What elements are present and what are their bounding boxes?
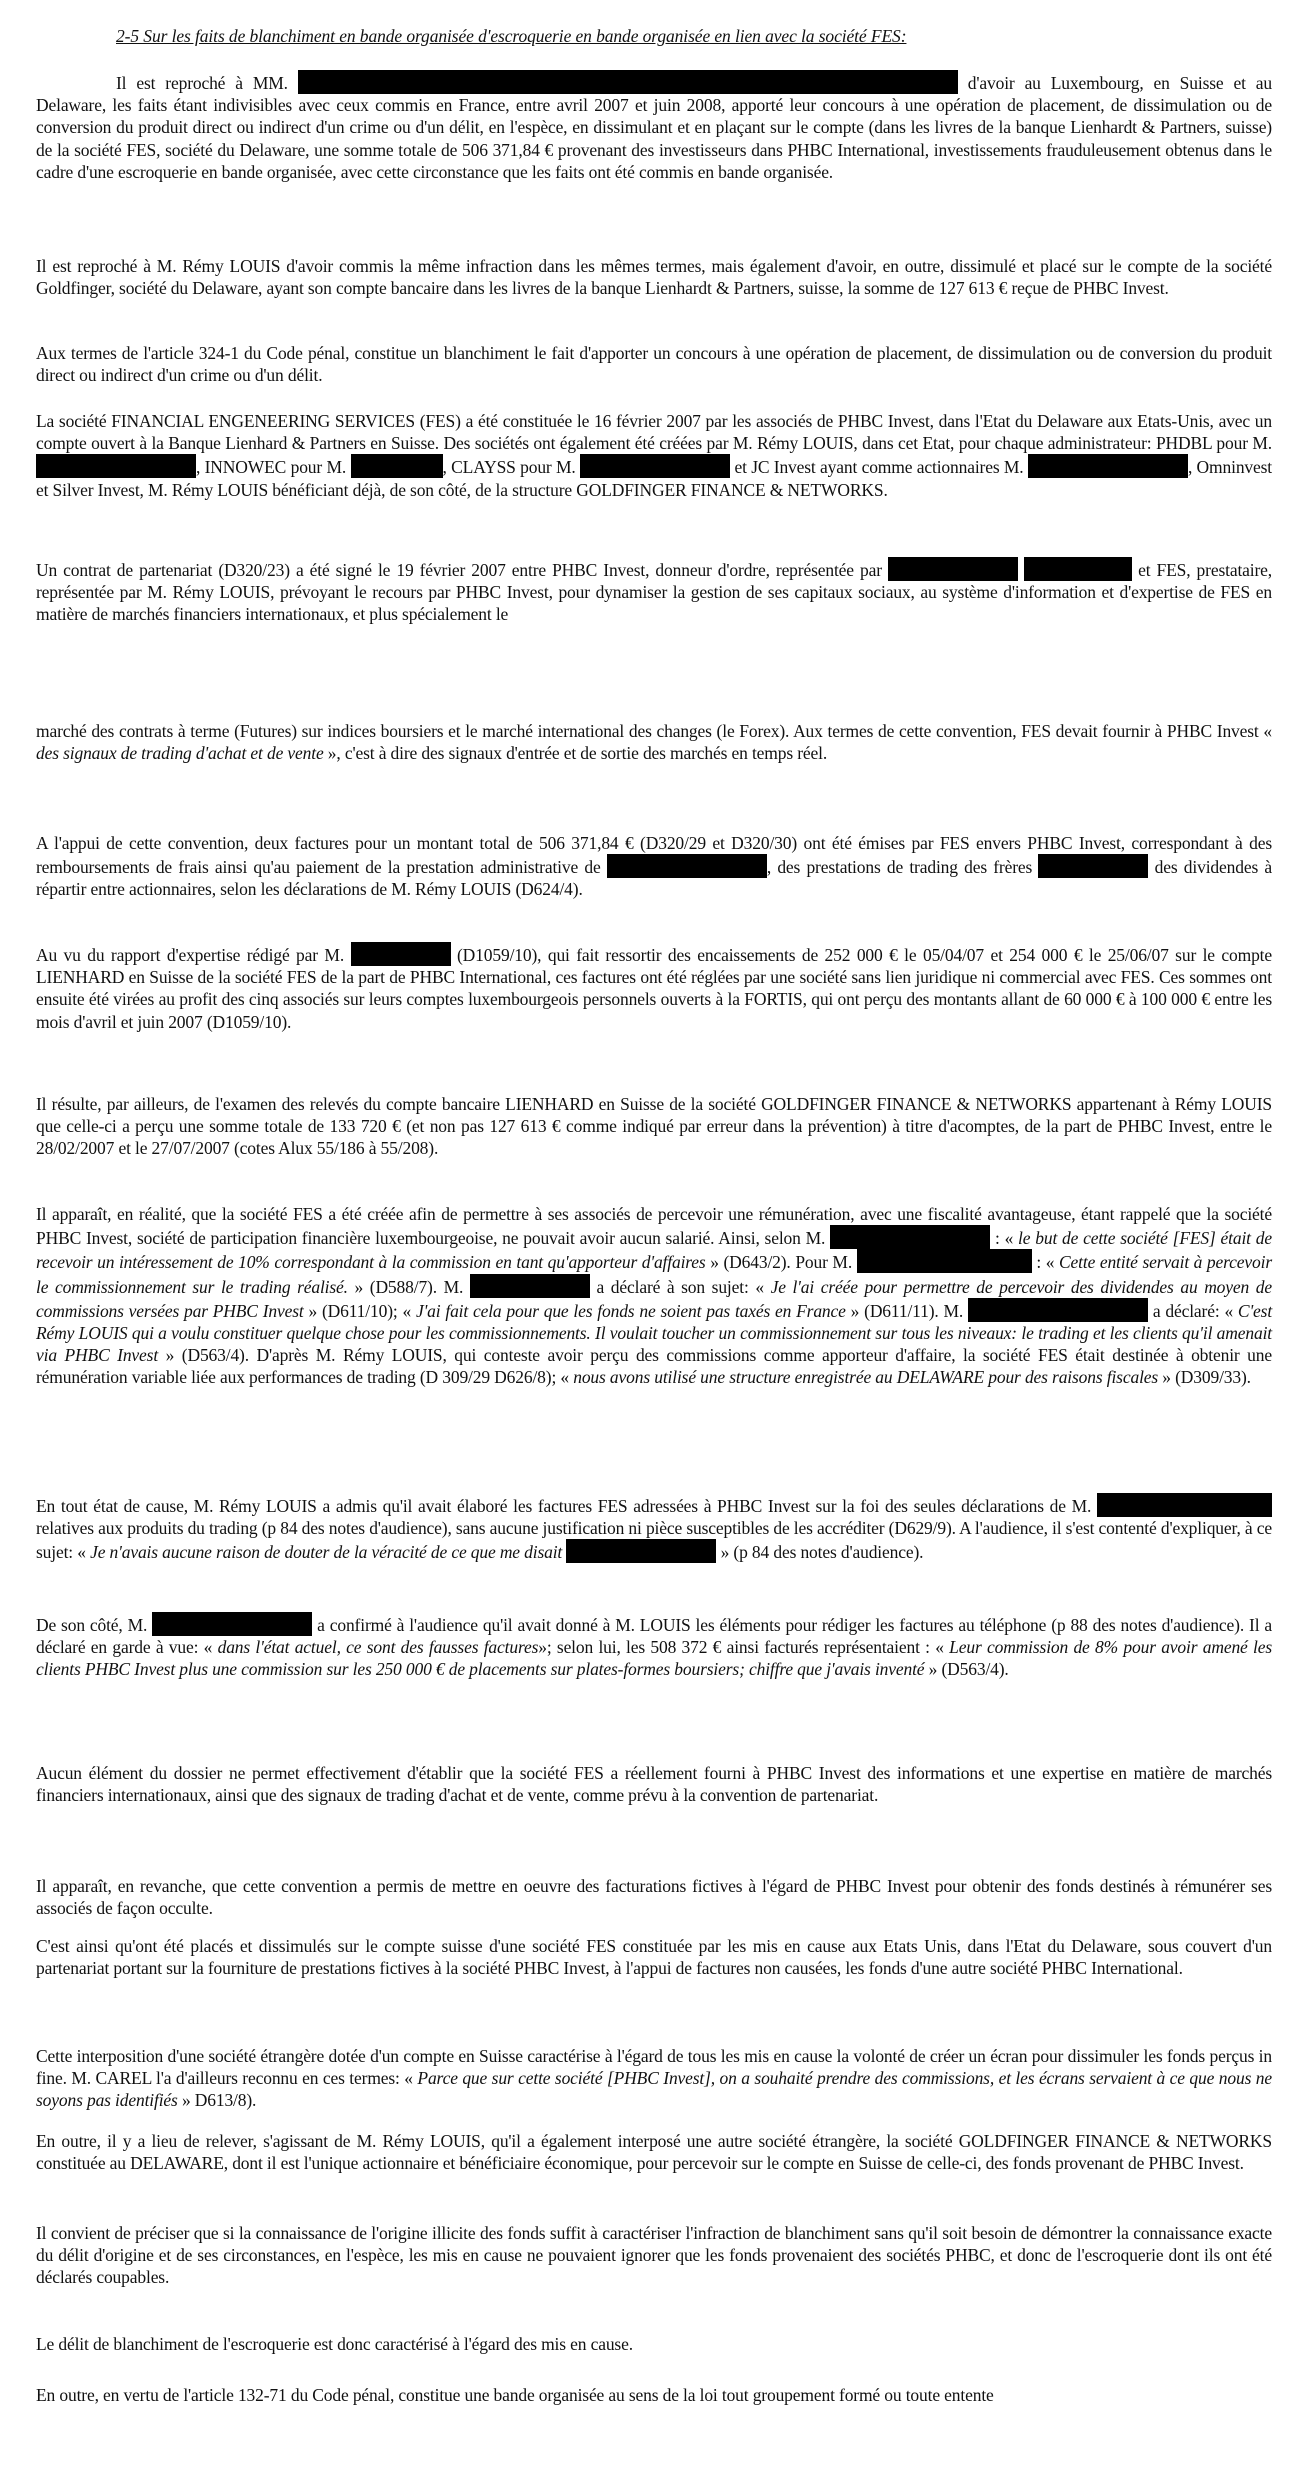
quote-text: J'ai fait cela pour que les fonds ne soi… — [416, 1301, 846, 1321]
paragraph-text: » D613/8). — [178, 2090, 257, 2110]
quote-text: nous avons utilisé une structure enregis… — [573, 1367, 1158, 1387]
paragraph: Il convient de préciser que si la connai… — [36, 2222, 1272, 2289]
paragraph-text: » (D563/4). — [924, 1659, 1008, 1679]
redaction-block — [857, 1249, 1032, 1273]
redaction-block — [36, 454, 196, 478]
paragraph-text: En outre, en vertu de l'article 132-71 d… — [36, 2385, 994, 2405]
paragraph-text: a déclaré: « — [1148, 1301, 1238, 1321]
paragraph-text: et JC Invest ayant comme actionnaires M. — [730, 457, 1028, 477]
paragraph: En outre, en vertu de l'article 132-71 d… — [36, 2384, 1272, 2406]
redaction-block — [1028, 454, 1188, 478]
redaction-block — [1038, 854, 1148, 878]
paragraph: Il apparaît, en réalité, que la société … — [36, 1203, 1272, 1389]
paragraph: Cette interposition d'une société étrang… — [36, 2045, 1272, 2112]
paragraph-text: Il apparaît, en revanche, que cette conv… — [36, 1876, 1272, 1918]
paragraph: C'est ainsi qu'ont été placés et dissimu… — [36, 1935, 1272, 1979]
section-heading: 2-5 Sur les faits de blanchiment en band… — [116, 26, 906, 47]
paragraph: Il est reproché à M. Rémy LOUIS d'avoir … — [36, 255, 1272, 299]
redaction-block — [1024, 557, 1132, 581]
redaction-block — [968, 1298, 1148, 1322]
paragraph-text: : « — [1032, 1252, 1059, 1272]
paragraph: A l'appui de cette convention, deux fact… — [36, 832, 1272, 901]
paragraph-text: Le délit de blanchiment de l'escroquerie… — [36, 2334, 633, 2354]
redaction-block — [607, 854, 767, 878]
paragraph-text: » (D309/33). — [1158, 1367, 1251, 1387]
paragraph-text: Il convient de préciser que si la connai… — [36, 2223, 1272, 2287]
paragraph-text: En outre, il y a lieu de relever, s'agis… — [36, 2131, 1272, 2173]
paragraph: Au vu du rapport d'expertise rédigé par … — [36, 942, 1272, 1033]
paragraph: Un contrat de partenariat (D320/23) a ét… — [36, 557, 1272, 626]
paragraph-text: De son côté, M. — [36, 1615, 152, 1635]
paragraph: De son côté, M. a confirmé à l'audience … — [36, 1612, 1272, 1681]
paragraph-text: , CLAYSS pour M. — [443, 457, 581, 477]
paragraph: Il apparaît, en revanche, que cette conv… — [36, 1875, 1272, 1919]
quote-text: Je n'avais aucune raison de douter de la… — [90, 1542, 566, 1562]
quote-text: des signaux de trading d'achat et de ven… — [36, 743, 324, 763]
paragraph-text: » (p 84 des notes d'audience). — [716, 1542, 923, 1562]
redaction-block — [580, 454, 730, 478]
paragraph-text: » (D588/7). M. — [348, 1277, 470, 1297]
paragraph-text: , des prestations de trading des frères — [767, 857, 1039, 877]
paragraph: Il résulte, par ailleurs, de l'examen de… — [36, 1093, 1272, 1160]
paragraph-text: La société FINANCIAL ENGENEERING SERVICE… — [36, 411, 1272, 453]
paragraph: La société FINANCIAL ENGENEERING SERVICE… — [36, 410, 1272, 501]
paragraph-text: Aucun élément du dossier ne permet effec… — [36, 1763, 1272, 1805]
paragraph: En tout état de cause, M. Rémy LOUIS a a… — [36, 1493, 1272, 1564]
paragraph-text: » (D643/2). Pour M. — [706, 1252, 857, 1272]
paragraph-text: Il résulte, par ailleurs, de l'examen de… — [36, 1094, 1272, 1158]
redaction-block — [566, 1539, 716, 1563]
redaction-block — [1097, 1493, 1272, 1517]
paragraph-text: marché des contrats à terme (Futures) su… — [36, 721, 1272, 741]
paragraph-text: , INNOWEC pour M. — [196, 457, 351, 477]
redaction-block — [298, 70, 958, 94]
paragraph-text: C'est ainsi qu'ont été placés et dissimu… — [36, 1936, 1272, 1978]
paragraph-text: Il est reproché à MM. — [116, 73, 298, 93]
paragraph: Il est reproché à MM. d'avoir au Luxembo… — [36, 70, 1272, 183]
redaction-block — [470, 1274, 590, 1298]
paragraph: En outre, il y a lieu de relever, s'agis… — [36, 2130, 1272, 2174]
paragraph: Aux termes de l'article 324-1 du Code pé… — [36, 342, 1272, 386]
redaction-block — [152, 1612, 312, 1636]
paragraph-text: », c'est à dire des signaux d'entrée et … — [324, 743, 828, 763]
paragraph-text: En tout état de cause, M. Rémy LOUIS a a… — [36, 1496, 1097, 1516]
paragraph-text: » (D611/10); « — [304, 1301, 416, 1321]
redaction-block — [830, 1225, 990, 1249]
paragraph-text: »; selon lui, les 508 372 € ainsi factur… — [538, 1637, 949, 1657]
paragraph-text: a déclaré à son sujet: « — [590, 1277, 771, 1297]
paragraph-text: Un contrat de partenariat (D320/23) a ét… — [36, 560, 888, 580]
paragraph-text: : « — [990, 1228, 1018, 1248]
paragraph: Aucun élément du dossier ne permet effec… — [36, 1762, 1272, 1806]
redaction-block — [351, 454, 443, 478]
paragraph: marché des contrats à terme (Futures) su… — [36, 720, 1272, 764]
redaction-block — [888, 557, 1018, 581]
paragraph-text: Aux termes de l'article 324-1 du Code pé… — [36, 343, 1272, 385]
paragraph-text: » (D611/11). M. — [846, 1301, 968, 1321]
paragraph-text: Il est reproché à M. Rémy LOUIS d'avoir … — [36, 256, 1272, 298]
quote-text: dans l'état actuel, ce sont des fausses … — [218, 1637, 539, 1657]
paragraph: Le délit de blanchiment de l'escroquerie… — [36, 2333, 1272, 2355]
redaction-block — [351, 942, 451, 966]
paragraph-text: Au vu du rapport d'expertise rédigé par … — [36, 945, 351, 965]
